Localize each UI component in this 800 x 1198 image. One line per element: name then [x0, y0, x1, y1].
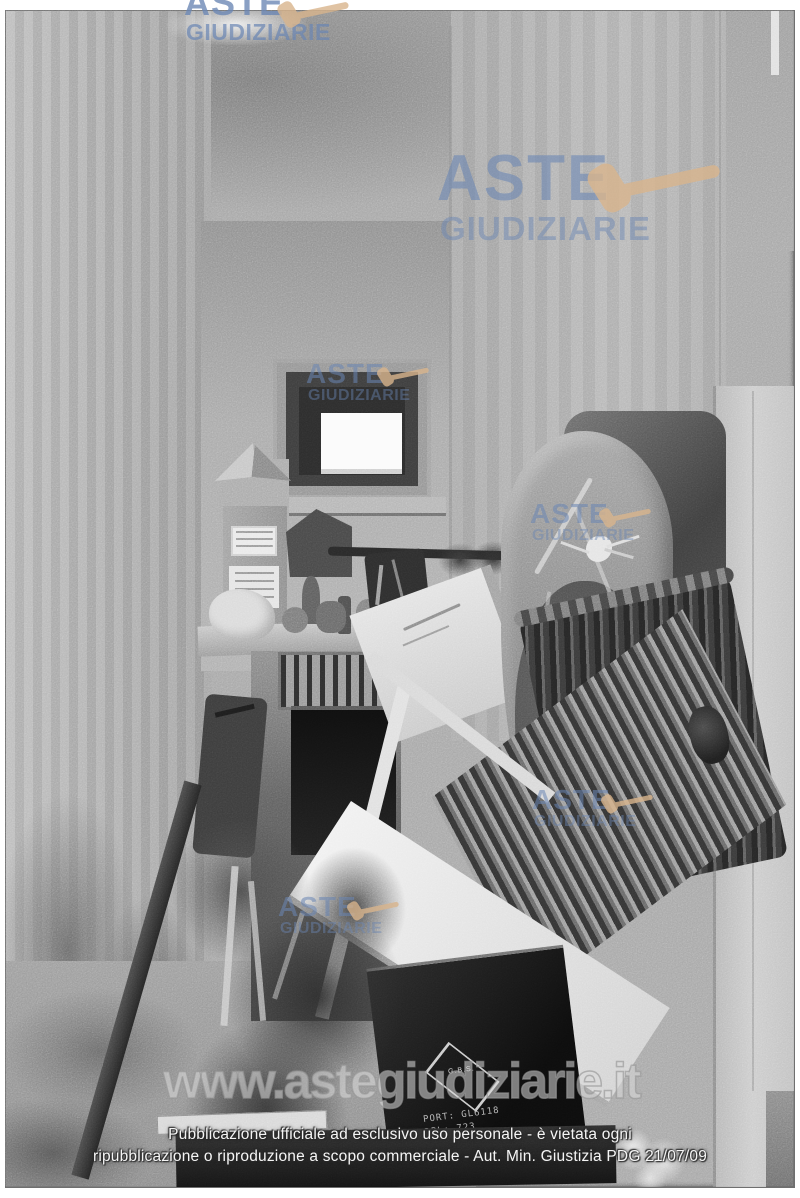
light-stick — [248, 881, 266, 1021]
gavel-handle — [608, 508, 651, 522]
gavel-icon — [346, 896, 400, 928]
gavel-icon — [600, 789, 654, 821]
gavel-handle — [356, 901, 399, 915]
small-object — [282, 607, 308, 633]
gavel-icon — [276, 0, 350, 37]
watermark-brand-name: ASTE — [530, 500, 609, 528]
watermark-brand-name: ASTE — [306, 360, 385, 388]
caption-line-1: Pubblicazione ufficiale ad esclusivo uso… — [0, 1126, 800, 1144]
gavel-icon — [598, 503, 652, 535]
watermark-brand-name: ASTE — [278, 893, 357, 921]
bag-glint — [375, 565, 383, 605]
wall-corner-line — [449, 26, 452, 586]
scan-scratch — [771, 11, 779, 75]
window-pane — [321, 413, 402, 474]
window-sill — [264, 497, 446, 516]
watermark-brand-name: ASTE — [532, 786, 611, 814]
watermark-url: www.astegiudiziarie.it — [163, 1052, 639, 1110]
bag-strap — [215, 704, 255, 718]
light-stick — [220, 866, 238, 1026]
gavel-icon — [376, 362, 430, 394]
gavel-handle — [610, 794, 653, 808]
box-label — [231, 526, 277, 556]
watermark-brand-name: ASTE — [184, 0, 284, 21]
gavel-handle — [610, 164, 721, 199]
small-object — [316, 601, 346, 633]
gavel-icon — [585, 150, 723, 231]
gavel-handle — [290, 2, 350, 21]
gavel-handle — [386, 367, 429, 381]
box-script-mark — [403, 603, 461, 631]
caption-line-2: ripubblicazione o riproduzione a scopo c… — [0, 1148, 800, 1166]
